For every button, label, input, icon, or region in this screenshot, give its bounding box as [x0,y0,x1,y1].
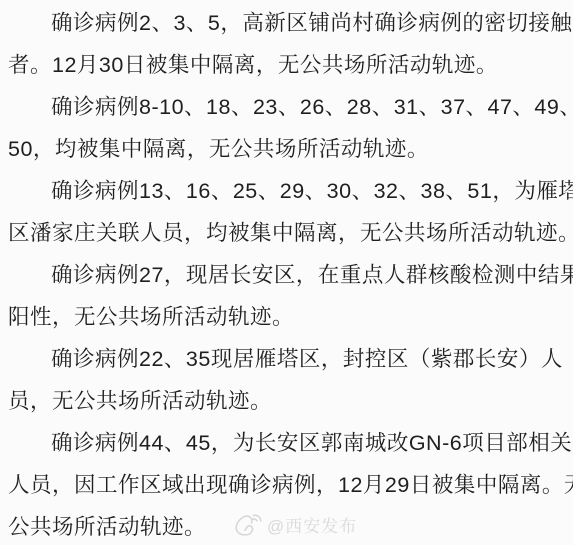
watermark-handle: @西安发布 [267,506,357,545]
weibo-watermark: @西安发布 [232,506,357,545]
case-report-notice: 确诊病例2、3、5，高新区铺尚村确诊病例的密切接触 者。12月30日被集中隔离，… [0,0,573,545]
paragraph-cases-13-51: 确诊病例13、16、25、29、30、32、38、51，为雁塔 区潘家庄关联人员… [8,170,569,254]
paragraph-cases-22-35: 确诊病例22、35现居雁塔区，封控区（紫郡长安）人 员，无公共场所活动轨迹。 [8,338,569,422]
text-line: 员，无公共场所活动轨迹。 [8,380,569,422]
text-line: 确诊病例27，现居长安区，在重点人群核酸检测中结果 [8,254,569,296]
text-line: 确诊病例22、35现居雁塔区，封控区（紫郡长安）人 [8,338,569,380]
weibo-icon [232,512,262,539]
text-line: 50，均被集中隔离，无公共场所活动轨迹。 [8,128,569,170]
text-line: 确诊病例13、16、25、29、30、32、38、51，为雁塔 [8,170,569,212]
text-line-with-watermark: 公共场所活动轨迹。 @西安发布 [8,506,569,545]
text-line: 公共场所活动轨迹。 [8,506,206,545]
paragraph-cases-44-45: 确诊病例44、45，为长安区郭南城改GN-6项目部相关 人员，因工作区域出现确诊… [8,422,569,545]
text-line: 确诊病例8-10、18、23、26、28、31、37、47、49、 [8,86,569,128]
paragraph-cases-2-3-5: 确诊病例2、3、5，高新区铺尚村确诊病例的密切接触 者。12月30日被集中隔离，… [8,2,569,86]
text-line: 者。12月30日被集中隔离，无公共场所活动轨迹。 [8,44,569,86]
text-line: 人员，因工作区域出现确诊病例，12月29日被集中隔离。无 [8,464,569,506]
text-line: 阳性，无公共场所活动轨迹。 [8,296,569,338]
text-line: 区潘家庄关联人员，均被集中隔离，无公共场所活动轨迹。 [8,212,569,254]
text-line: 确诊病例2、3、5，高新区铺尚村确诊病例的密切接触 [8,2,569,44]
paragraph-case-27: 确诊病例27，现居长安区，在重点人群核酸检测中结果 阳性，无公共场所活动轨迹。 [8,254,569,338]
paragraph-cases-8-50: 确诊病例8-10、18、23、26、28、31、37、47、49、 50，均被集… [8,86,569,170]
text-line: 确诊病例44、45，为长安区郭南城改GN-6项目部相关 [8,422,569,464]
